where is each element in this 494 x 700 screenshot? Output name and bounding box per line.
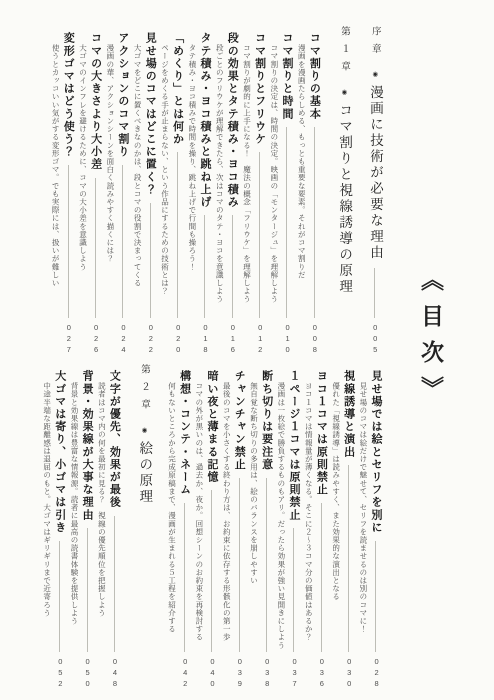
chapter-heading: 第１章◉コマ割りと視線誘導の原理 bbox=[336, 26, 351, 356]
page-title-text: 目次 bbox=[418, 304, 443, 376]
entry-main-column: 変形ゴマはどう使う？027 bbox=[62, 32, 74, 356]
leader-line bbox=[122, 165, 123, 318]
entry-main-column: コマ割りと時間010 bbox=[281, 32, 293, 356]
entry-title: 構想・コンテ・ネーム bbox=[179, 370, 191, 496]
page-number: 028 bbox=[372, 657, 380, 690]
entry-subtitle: 無自覚な断ち切りの多用は、絵のバランスを崩しやすい bbox=[249, 370, 257, 690]
page-number: 027 bbox=[64, 323, 72, 356]
chapter-title: 絵の原理 bbox=[136, 441, 151, 505]
leader-line bbox=[266, 478, 267, 652]
entry-subtitle: 背景と効果線は豊富な情報源。読者に最高の読書体験を提供しよう bbox=[70, 370, 78, 690]
chapter-mark-icon: ◉ bbox=[340, 88, 347, 96]
entry-title: チャンチャン禁止 bbox=[233, 370, 245, 471]
page-number: 026 bbox=[91, 323, 99, 356]
entry-title: ヨコ１コマは原則禁止 bbox=[315, 370, 327, 496]
page-number: 022 bbox=[146, 323, 154, 356]
entry-main-column: チャンチャン禁止039 bbox=[233, 370, 245, 690]
toc-entry: コマ割りとフリウケ012コマ割りが劇的に上手になる！ 魔法の概念「フリウケ」を理… bbox=[242, 26, 265, 356]
toc-entry: コマ割りの基本008漫画を漫画たらしめる、もっとも重要な要素。それがコマ割りだ bbox=[297, 26, 320, 356]
toc-entry: 段の効果とタテ積み・ヨコ積み016段ごとのフリウケが理解できたら、次はコマのタテ… bbox=[215, 26, 238, 356]
toc-entry: 見せ場のコマはどこに置く？022大ゴマをどこに置くべきなのかは、段とコマの役割で… bbox=[133, 26, 156, 356]
entry-main-column: タテ積み・ヨコ積みと跳ね上げ018 bbox=[199, 32, 211, 356]
entry-subtitle: 漫画の華、アクションシーンを面白く読みやすく描くには？ bbox=[106, 32, 114, 356]
toc-entry: 見せ場では絵とセリフを別に028見せ場のコマは絵だけで魅せて、セリフを読ませるの… bbox=[359, 364, 382, 690]
entry-main-column: ヨコ１コマは原則禁止036 bbox=[315, 370, 327, 690]
chapter-label: 第１章 bbox=[339, 26, 349, 79]
entry-main-column: 背景・効果線が大事な理由050 bbox=[81, 370, 93, 690]
toc-entry: タテ積み・ヨコ積みと跳ね上げ018タテ積み・ヨコ積みで時間を操り、跳ね上げで行間… bbox=[188, 26, 211, 356]
page-number: 012 bbox=[255, 323, 263, 356]
page-number: 050 bbox=[83, 657, 91, 690]
entry-title: 視線誘導と演出 bbox=[343, 370, 355, 458]
toc-top-band: 序章◉漫画に技術が必要な理由005第１章◉コマ割りと視線誘導の原理コマ割りの基本… bbox=[47, 26, 382, 356]
entry-main-column: 「めくり」とは何か020 bbox=[172, 32, 184, 356]
page-number: 052 bbox=[56, 657, 64, 690]
entry-subtitle: 漫画を漫画たらしめる、もっとも重要な要素。それがコマ割りだ bbox=[297, 32, 305, 356]
leader-line bbox=[286, 127, 287, 318]
entry-title: 変形ゴマはどう使う？ bbox=[62, 32, 74, 158]
entry-title: 断ち切りは要注意 bbox=[261, 370, 273, 471]
page-number: 016 bbox=[228, 323, 236, 356]
entry-title: 大ゴマは寄り、小ゴマは引き bbox=[54, 370, 66, 534]
leader-line bbox=[321, 503, 322, 652]
title-close-bracket: 》 bbox=[418, 376, 443, 412]
entry-title: アクションのコマ割り bbox=[117, 32, 129, 158]
toc-entry: 大ゴマは寄り、小ゴマは引き052中途半端な距離感は退屈のもと。大ゴマはギリギリま… bbox=[42, 364, 65, 690]
entry-subtitle: タテ積み・ヨコ積みで時間を操り、跳ね上げで行間も操ろう！ bbox=[188, 32, 196, 356]
entry-subtitle: コマ割りの決定は、時間の決定。映画の「モンタージュ」を理解しよう bbox=[270, 32, 278, 356]
toc-entry: 構想・コンテ・ネーム042何もないところから完成原稿まで、漫画が生まれる５工程を… bbox=[167, 364, 190, 690]
entry-subtitle: 大ゴマのインフレを避けるために、コマの大小差を意識しよう bbox=[78, 32, 86, 356]
toc-entry: 断ち切りは要注意038無自覚な断ち切りの多用は、絵のバランスを崩しやすい bbox=[249, 364, 272, 690]
leader-line bbox=[348, 465, 349, 652]
entry-main-column: 文字が優先、効果が最後048 bbox=[108, 370, 120, 690]
leader-line bbox=[375, 541, 376, 652]
entry-subtitle: 使うとカッコいい気がする変形ゴマ。でも実際には、扱いが難しい bbox=[51, 32, 59, 356]
leader-line bbox=[150, 203, 151, 318]
entry-subtitle: 段ごとのフリウケが理解できたら、次はコマのタテ・ヨコを意識しよう bbox=[215, 32, 223, 356]
leader-line bbox=[259, 152, 260, 318]
toc-bottom-band: 見せ場では絵とセリフを別に028見せ場のコマは絵だけで魅せて、セリフを読ませるの… bbox=[38, 364, 382, 690]
entry-main-column: 見せ場のコマはどこに置く？022 bbox=[144, 32, 156, 356]
leader-line bbox=[95, 178, 96, 318]
leader-line bbox=[87, 528, 88, 652]
entry-subtitle: コマ割りが劇的に上手になる！ 魔法の概念「フリウケ」を理解しよう bbox=[242, 32, 250, 356]
entry-title: タテ積み・ヨコ積みと跳ね上げ bbox=[199, 32, 211, 208]
chapter-title: 漫画に技術が必要な理由 bbox=[367, 85, 382, 261]
entry-subtitle: 最後のコマを小さくする終わり方は、お約束に依存する形骸化の第一歩 bbox=[222, 370, 230, 690]
entry-title: 背景・効果線が大事な理由 bbox=[81, 370, 93, 521]
toc-entry: コマの大きさより大小差026大ゴマのインフレを避けるために、コマの大小差を意識し… bbox=[78, 26, 101, 356]
toc-entry: 変形ゴマはどう使う？027使うとカッコいい気がする変形ゴマ。でも実際には、扱いが… bbox=[51, 26, 74, 356]
page-number: 020 bbox=[173, 323, 181, 356]
entry-main-column: コマ割りの基本008 bbox=[308, 32, 320, 356]
entry-title: コマ割りの基本 bbox=[308, 32, 320, 120]
chapter-mark-icon: ◉ bbox=[371, 70, 378, 78]
leader-line bbox=[177, 152, 178, 318]
page-number: 018 bbox=[201, 323, 209, 356]
entry-main-column: コマ割りとフリウケ012 bbox=[254, 32, 266, 356]
entry-main-column: アクションのコマ割り024 bbox=[117, 32, 129, 356]
leader-line bbox=[314, 127, 315, 318]
entry-main-column: 段の効果とタテ積み・ヨコ積み016 bbox=[226, 32, 238, 356]
entry-title: １ページ１コマは原則禁止 bbox=[288, 370, 300, 521]
entry-title: コマの大きさより大小差 bbox=[89, 32, 101, 171]
entry-title: コマ割りと時間 bbox=[281, 32, 293, 120]
toc-entry: １ページ１コマは原則禁止037漫画は一枚絵で勝負するものもアリ。だったら効果が強… bbox=[277, 364, 300, 690]
page-number: 024 bbox=[119, 323, 127, 356]
leader-line bbox=[239, 478, 240, 652]
page-title: 《目次》 bbox=[416, 268, 444, 412]
entry-subtitle: 漫画は一枚絵で勝負するものもアリ。だったら効果が強い見開きにしよう bbox=[277, 370, 285, 690]
entry-main-column: １ページ１コマは原則禁止037 bbox=[288, 370, 300, 690]
entry-title: 見せ場のコマはどこに置く？ bbox=[144, 32, 156, 196]
entry-subtitle: 読者はコマ内の何を最初に見る？ 視線の優先順位を把握しよう bbox=[97, 370, 105, 690]
toc-entry: 背景・効果線が大事な理由050背景と効果線は豊富な情報源。読者に最高の読書体験を… bbox=[70, 364, 93, 690]
page-number: 010 bbox=[283, 323, 291, 356]
entry-subtitle: 大ゴマをどこに置くべきなのかは、段とコマの役割で決まってくる bbox=[133, 32, 141, 356]
entry-title: 「めくり」とは何か bbox=[172, 32, 184, 145]
toc-page: 《目次》 序章◉漫画に技術が必要な理由005第１章◉コマ割りと視線誘導の原理コマ… bbox=[0, 0, 494, 700]
page-number: 039 bbox=[235, 657, 243, 690]
toc-entry: チャンチャン禁止039最後のコマを小さくする終わり方は、お約束に依存する形骸化の… bbox=[222, 364, 245, 690]
page-number: 048 bbox=[110, 657, 118, 690]
page-number: 038 bbox=[262, 657, 270, 690]
chapter-mark-icon: ◉ bbox=[140, 426, 147, 434]
page-number: 036 bbox=[317, 657, 325, 690]
toc-entry: 暗い夜と薄まる記憶040コマの外が黒いのは、過去か、夜か。回想シーンのお約束を再… bbox=[195, 364, 218, 690]
leader-line bbox=[374, 268, 375, 318]
chapter-label: 第２章 bbox=[139, 364, 149, 417]
leader-line bbox=[68, 165, 69, 318]
toc-entry: アクションのコマ割り024漫画の華、アクションシーンを面白く読みやすく描くには？ bbox=[106, 26, 129, 356]
toc-entry: 「めくり」とは何か020ページをめくる手が止まらない、という作品にするための技術… bbox=[160, 26, 183, 356]
page-number: 030 bbox=[344, 657, 352, 690]
entry-subtitle: 中途半端な距離感は退屈のもと。大ゴマはギリギリまで近寄ろう bbox=[42, 370, 50, 690]
entry-subtitle: 優れた「視線誘導」は読みやすく、また効果的な演出となる bbox=[331, 370, 339, 690]
toc-entry: 視線誘導と演出030優れた「視線誘導」は読みやすく、また効果的な演出となる bbox=[331, 364, 354, 690]
entry-subtitle: ページをめくる手が止まらない、という作品にするための技術とは？ bbox=[160, 32, 168, 356]
title-open-bracket: 《 bbox=[418, 268, 443, 304]
toc-entry: コマ割りと時間010コマ割りの決定は、時間の決定。映画の「モンタージュ」を理解し… bbox=[270, 26, 293, 356]
chapter-heading: 序章◉漫画に技術が必要な理由005 bbox=[367, 26, 382, 356]
entry-title: コマ割りとフリウケ bbox=[254, 32, 266, 145]
page-number: 037 bbox=[290, 657, 298, 690]
toc-entry: ヨコ１コマは原則禁止036ヨコ１コマは情報量が薄くなる。そこに２〜３コマ分の価値… bbox=[304, 364, 327, 690]
chapter-title: コマ割りと視線誘導の原理 bbox=[336, 103, 351, 295]
leader-line bbox=[293, 528, 294, 652]
page-number: 042 bbox=[180, 657, 188, 690]
entry-main-column: 断ち切りは要注意038 bbox=[261, 370, 273, 690]
entry-main-column: コマの大きさより大小差026 bbox=[89, 32, 101, 356]
entry-main-column: 大ゴマは寄り、小ゴマは引き052 bbox=[54, 370, 66, 690]
chapter-label: 序章 bbox=[369, 26, 379, 61]
leader-line bbox=[204, 215, 205, 318]
entry-main-column: 暗い夜と薄まる記憶040 bbox=[206, 370, 218, 690]
toc-entry: 文字が優先、効果が最後048読者はコマ内の何を最初に見る？ 視線の優先順位を把握… bbox=[97, 364, 120, 690]
leader-line bbox=[114, 516, 115, 652]
entry-subtitle: 見せ場のコマは絵だけで魅せて、セリフを読ませるのは別のコマに！ bbox=[359, 370, 367, 690]
entry-title: 段の効果とタテ積み・ヨコ積み bbox=[226, 32, 238, 208]
chapter-heading: 第２章◉絵の原理 bbox=[136, 364, 151, 690]
entry-subtitle: 何もないところから完成原稿まで、漫画が生まれる５工程を紹介する bbox=[167, 370, 175, 690]
leader-line bbox=[211, 490, 212, 652]
entry-title: 文字が優先、効果が最後 bbox=[108, 370, 120, 509]
page-number: 005 bbox=[370, 323, 378, 356]
entry-subtitle: ヨコ１コマは情報量が薄くなる。そこに２〜３コマ分の価値はあるか？ bbox=[304, 370, 312, 690]
entry-main-column: 構想・コンテ・ネーム042 bbox=[179, 370, 191, 690]
page-number: 008 bbox=[310, 323, 318, 356]
entry-subtitle: コマの外が黒いのは、過去か、夜か。回想シーンのお約束を再検討する bbox=[195, 370, 203, 690]
page-number: 040 bbox=[208, 657, 216, 690]
entry-title: 暗い夜と薄まる記憶 bbox=[206, 370, 218, 483]
leader-line bbox=[184, 503, 185, 652]
leader-line bbox=[59, 541, 60, 652]
entry-main-column: 視線誘導と演出030 bbox=[343, 370, 355, 690]
leader-line bbox=[232, 215, 233, 318]
entry-main-column: 見せ場では絵とセリフを別に028 bbox=[370, 370, 382, 690]
entry-title: 見せ場では絵とセリフを別に bbox=[370, 370, 382, 534]
